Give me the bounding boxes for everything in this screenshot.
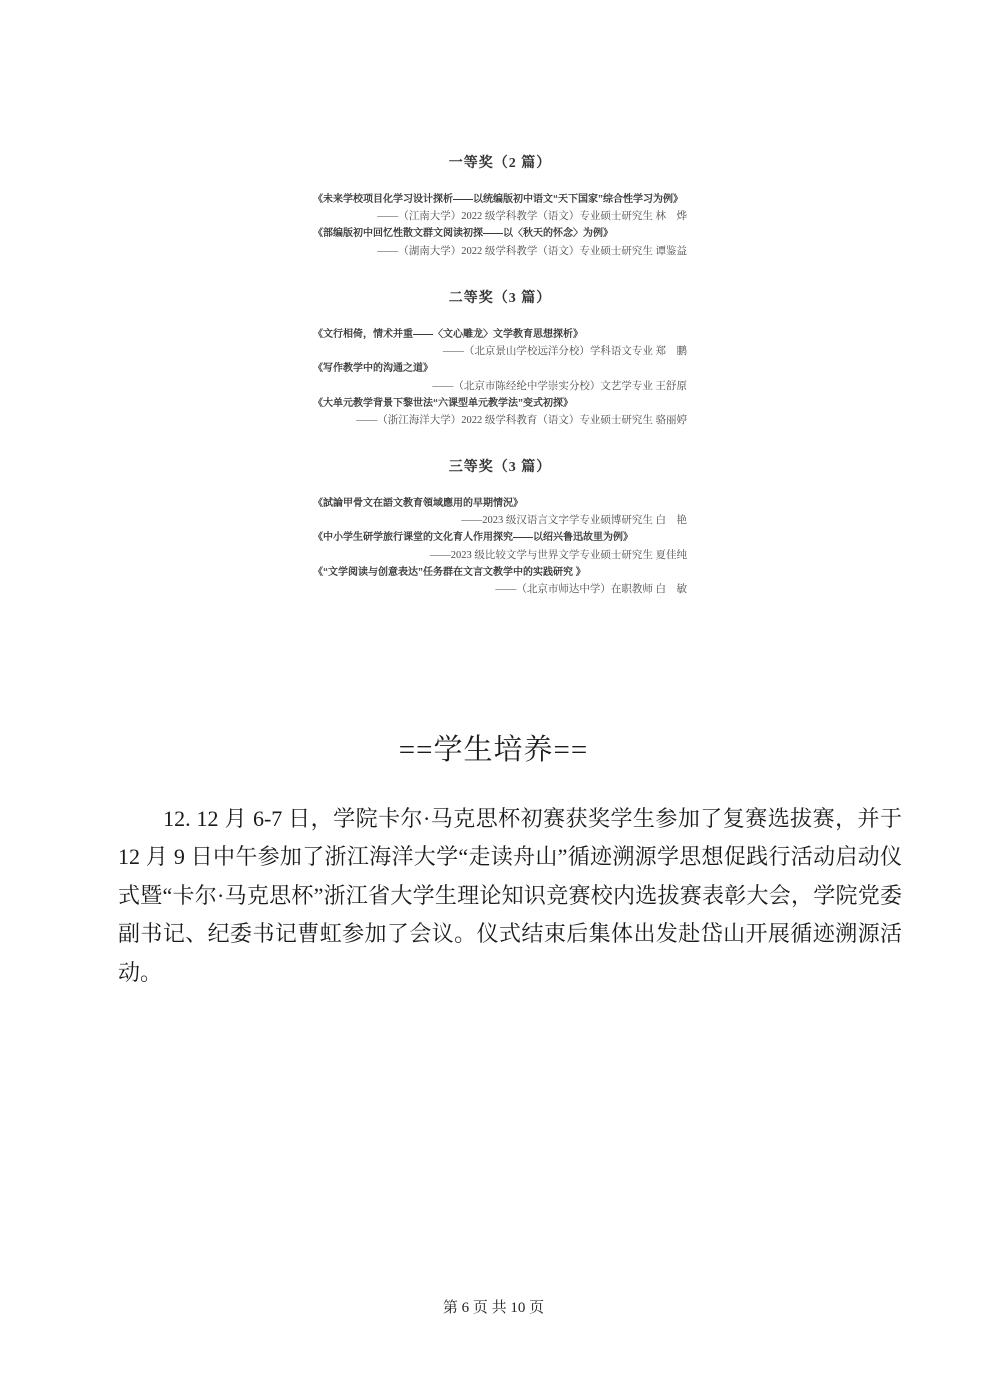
entry-attribution: ——（湖南大学）2022 级学科教学（语文）专业硕士研究生 谭鉴益: [313, 243, 687, 260]
entry-title: 《試論甲骨文在語文教育領域應用的早期情況》: [313, 495, 687, 512]
entry-attribution: ——2023 级汉语言文字学专业硕博研究生 白 艳: [313, 512, 687, 529]
award-heading-second-prize: 二等奖（3 篇）: [313, 290, 687, 308]
award-heading-third-prize: 三等奖（3 篇）: [313, 459, 687, 477]
entry-attribution: ——（北京市师达中学）在职教师 白 敏: [313, 581, 687, 598]
page-number: 第 6 页 共 10 页: [0, 1296, 987, 1317]
entry-attribution: ——2023 级比较文学与世界文学专业硕士研究生 夏佳纯: [313, 547, 687, 564]
section-heading-student-training: ==学生培养==: [0, 727, 987, 768]
entry-attribution: ——（江南大学）2022 级学科教学（语文）专业硕士研究生 林 烨: [313, 208, 687, 225]
award-section-third-prize: 三等奖（3 篇） 《試論甲骨文在語文教育領域應用的早期情況》 ——2023 级汉…: [313, 459, 687, 598]
entry-title: 《中小学生研学旅行课堂的文化育人作用探究——以绍兴鲁迅故里为例》: [313, 529, 687, 546]
award-section-first-prize: 一等奖（2 篇） 《未来学校项目化学习设计探析——以统编版初中语文“天下国家”综…: [313, 155, 687, 260]
document-page: 一等奖（2 篇） 《未来学校项目化学习设计探析——以统编版初中语文“天下国家”综…: [0, 0, 987, 1396]
entry-attribution: ——（北京市陈经纶中学崇实分校）文艺学专业 王舒原: [313, 378, 687, 395]
entry-title: 《大单元教学背景下黎世法“六课型单元教学法”变式初探》: [313, 395, 687, 412]
entry-title: 《“文学阅读与创意表达”任务群在文言文教学中的实践研究 》: [313, 564, 687, 581]
award-section-second-prize: 二等奖（3 篇） 《文行相倚，情术并重——〈文心雕龙〉文学教育思想探析》 ——（…: [313, 290, 687, 429]
entry-title: 《未来学校项目化学习设计探析——以统编版初中语文“天下国家”综合性学习为例》: [313, 191, 687, 208]
entry-attribution: ——（浙江海洋大学）2022 级学科教育（语文）专业硕士研究生 骆丽婷: [313, 412, 687, 429]
body-paragraph: 12. 12 月 6-7 日，学院卡尔·马克思杯初赛获奖学生参加了复赛选拔赛，并…: [118, 800, 902, 992]
entry-title: 《文行相倚，情术并重——〈文心雕龙〉文学教育思想探析》: [313, 326, 687, 343]
entry-attribution: ——（北京景山学校远洋分校）学科语文专业 郑 鹏: [313, 343, 687, 360]
award-heading-first-prize: 一等奖（2 篇）: [313, 155, 687, 173]
entry-title: 《写作教学中的沟通之道》: [313, 360, 687, 377]
entry-title: 《部编版初中回忆性散文群文阅读初探——以〈秋天的怀念〉为例》: [313, 225, 687, 242]
